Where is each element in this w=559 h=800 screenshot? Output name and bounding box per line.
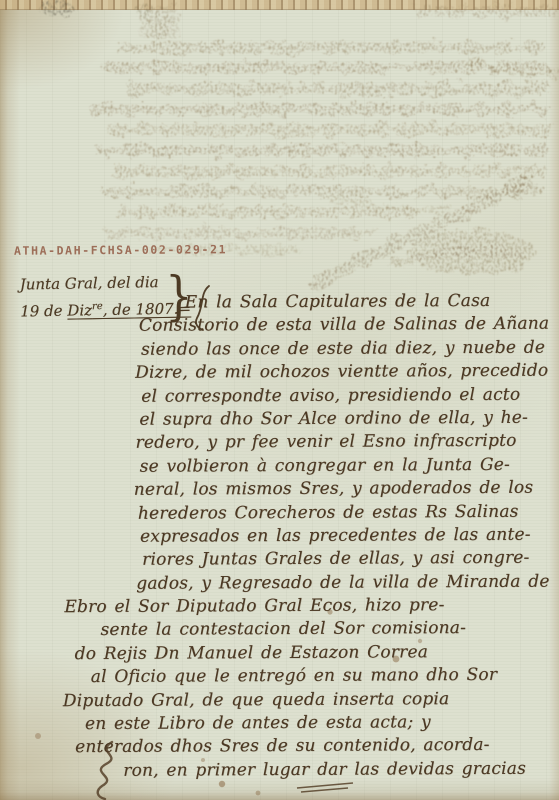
manuscript-line: gados, y Regresado de la villa de Mirand…: [136, 570, 559, 596]
manuscript-line: expresados en las precedentes de las ant…: [140, 523, 559, 549]
manuscript-line: enterados dhos Sres de su contenido, aco…: [75, 734, 559, 760]
manuscript-line: Dizre, de mil ochozos vientte años, prec…: [135, 360, 558, 386]
manuscript-line: ron, en primer lugar dar las devidas gra…: [123, 757, 559, 783]
manuscript-line: el correspondte aviso, presidiendo el ac…: [141, 383, 558, 409]
manuscript-body: En la Sala Capitulares de la Casa Consis…: [0, 290, 559, 784]
manuscript-line: Consistorio de esta villa de Salinas de …: [139, 313, 558, 339]
bleed-rubric-smudge: [318, 60, 556, 282]
bleed-text-bands: [92, 6, 559, 255]
manuscript-line: el supra dho Sor Alce ordino de ella, y …: [139, 406, 558, 432]
manuscript-line: en este Libro de antes de esta acta; y: [85, 711, 559, 737]
manuscript-line: se volbieron à congregar en la Junta Ge-: [140, 453, 559, 479]
manuscript-line: En la Sala Capitulares de la Casa: [185, 290, 558, 315]
manuscript-page: ATHA-DAH-FCHSA-002-029-21 Junta Gral, de…: [0, 0, 559, 800]
manuscript-line: Diputado Gral, de que queda inserta copi…: [63, 687, 559, 713]
manuscript-line: al Oficio que le entregó en su mano dho …: [91, 664, 559, 690]
manuscript-line: Ebro el Sor Diputado Gral Ecos, hizo pre…: [64, 594, 559, 620]
manuscript-line: redero, y pr fee venir el Esno infrascri…: [135, 430, 558, 456]
closing-underline-flourish: [297, 783, 353, 792]
manuscript-line: riores Juntas Grales de ellas, y asi con…: [142, 547, 559, 573]
archive-reference-stamp: ATHA-DAH-FCHSA-002-029-21: [14, 242, 227, 257]
manuscript-line: siendo las once de este dia diez, y nueb…: [141, 336, 558, 362]
binding-edge: [0, 0, 559, 10]
manuscript-line: herederos Corecheros de estas Rs Salinas: [138, 500, 559, 526]
manuscript-line: neral, los mismos Sres, y apoderados de …: [134, 477, 559, 503]
manuscript-line: do Rejis Dn Manuel de Estazon Correa: [75, 640, 559, 666]
manuscript-line: sente la contestacion del Sor comisiona-: [100, 617, 559, 643]
